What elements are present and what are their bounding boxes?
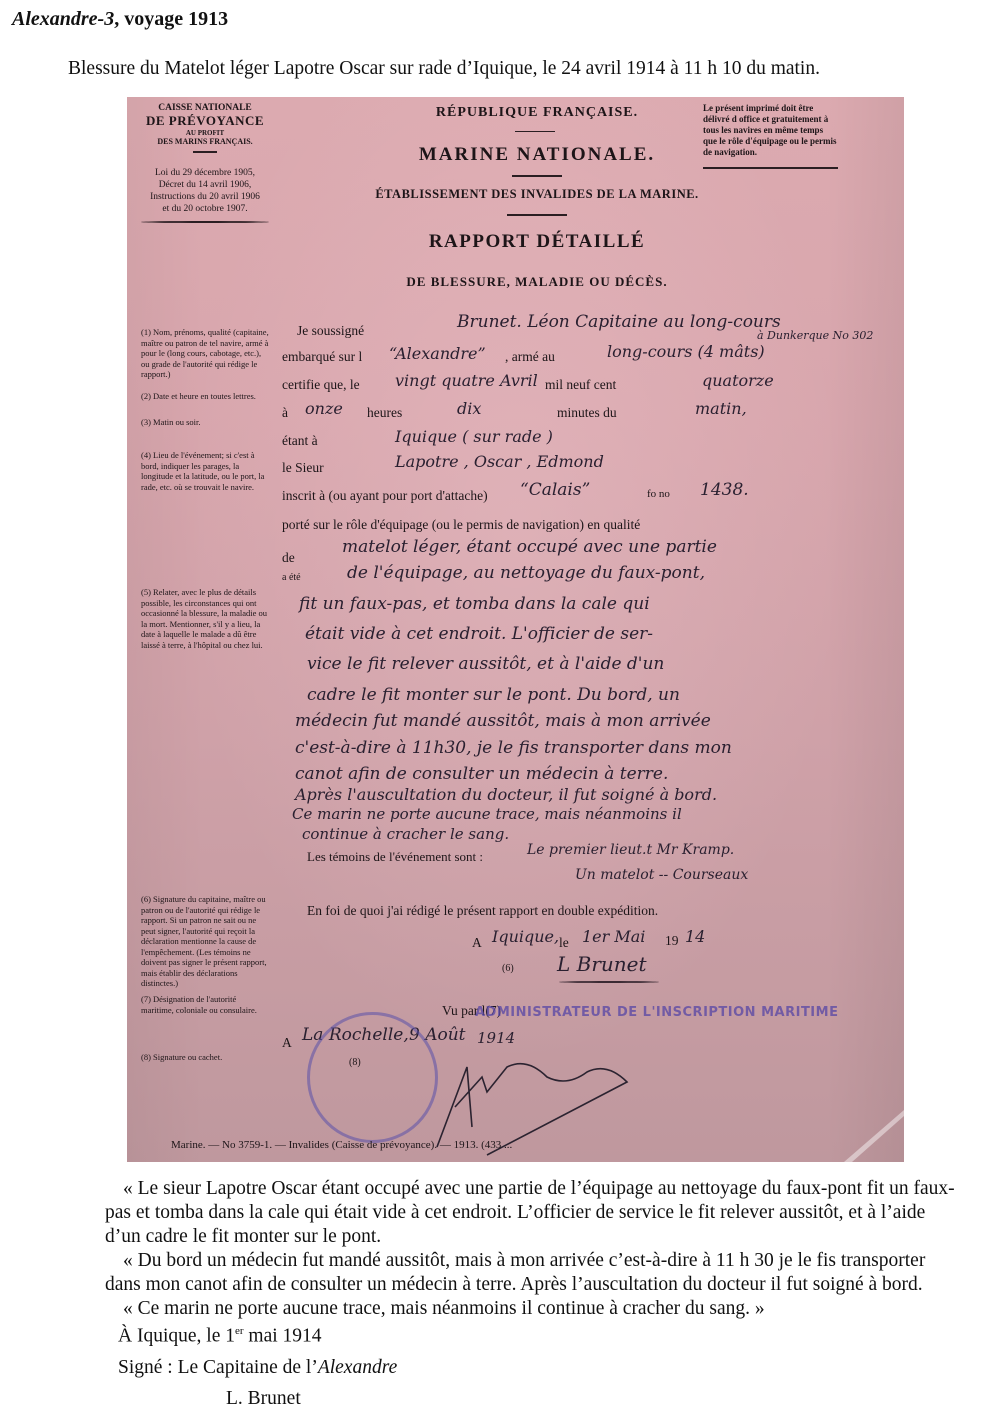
law-references: Loi du 29 décembre 1905, Décret du 14 av… [141,167,269,215]
transcript-paragraph-2: « Du bord un médecin fut mandé aussitôt,… [105,1249,960,1297]
label-arme: , armé au [505,349,555,365]
page-title: Alexandre-3, voyage 1913 [12,8,228,31]
page-subtitle: Blessure du Matelot léger Lapotre Oscar … [68,58,820,80]
label-certifie: certifie que, le [282,377,360,393]
value-hour: onze [305,399,343,418]
narrative-line: était vide à cet endroit. L'officier de … [305,624,653,644]
label-folio: fo no [647,488,670,500]
label-de: de [282,550,295,566]
value-date-signed: 1er Mai [582,927,645,946]
value-place-signed: Iquique, [492,927,559,946]
value-soussigne-extra: à Dunkerque No 302 [757,329,873,342]
value-temoin-2: Un matelot -- Courseaux [575,867,748,883]
narrative-line: de l'équipage, au nettoyage du faux-pont… [347,563,705,583]
transcript-paragraph-1: « Le sieur Lapotre Oscar étant occupé av… [105,1177,960,1249]
value-minutes: dix [457,399,481,418]
value-place: Iquique ( sur rade ) [395,427,553,446]
value-soussigne: Brunet. Léon Capitaine au long-cours [457,312,781,332]
value-temoin-1: Le premier lieut.t Mr Kramp. [527,842,734,858]
transcript-signed: Signé : Le Capitaine de l’Alexandre [118,1357,397,1379]
narrative-line: fit un faux-pas, et tomba dans la cale q… [299,594,650,614]
value-year: quatorze [702,371,774,390]
label-a: à [282,405,288,421]
narrative-line: canot afin de consulter un médecin à ter… [295,764,668,784]
value-date: vingt quatre Avril [395,371,538,390]
narrative-line: cadre le fit monter sur le pont. Du bord… [307,685,680,705]
value-arme: long-cours (4 mâts) [607,342,765,361]
label-aete: a été [282,572,301,583]
transcript-paragraph-3: « Ce marin ne porte aucune trace, mais n… [105,1297,960,1321]
margin-note-2: (2) Date et heure en toutes lettres. [141,391,269,402]
label-porte: porté sur le rôle d'équipage (ou le perm… [282,517,640,533]
label-etant: étant à [282,433,318,449]
label-mil: mil neuf cent [545,377,616,393]
caisse-block: CAISSE NATIONALE DE PRÉVOYANCE AU PROFIT… [141,103,269,223]
label-soussigne: Je soussigné [297,323,364,339]
heading-etablissement: ÉTABLISSEMENT DES INVALIDES DE LA MARINE… [297,187,777,202]
plastic-sleeve-glare [844,1102,904,1162]
document-photo: CAISSE NATIONALE DE PRÉVOYANCE AU PROFIT… [127,97,904,1162]
label-embarque: embarqué sur l [282,349,362,365]
margin-note-7: (7) Désignation de l'autorité maritime, … [141,994,269,1015]
value-port: “Calais” [520,480,590,500]
margin-note-4: (4) Lieu de l'événement; si c'est à bord… [141,450,269,492]
narrative-line: vice le fit relever aussitôt, et à l'aid… [307,654,664,674]
label-heures: heures [367,405,402,421]
heading-sub: DE BLESSURE, MALADIE OU DÉCÈS. [297,274,777,290]
value-ship: “Alexandre” [389,344,486,363]
form-footer: Marine. — No 3759-1. — Invalides (Caisse… [171,1139,512,1151]
narrative-line: c'est-à-dire à 11h30, je le fis transpor… [295,738,732,758]
label-minutes: minutes du [557,405,617,421]
narrative-line: continue à cracher le sang. [302,825,509,843]
label-inscrit: inscrit à (ou ayant pour port d'attache) [282,488,488,504]
margin-note-8: (8) Signature ou cachet. [141,1052,269,1063]
narrative-line: Ce marin ne porte aucune trace, mais néa… [292,805,682,823]
narrative-line: Après l'auscultation du docteur, il fut … [295,785,717,804]
narrative-line: médecin fut mandé aussitôt, mais à mon a… [295,711,711,731]
transcript-name: L. Brunet [226,1388,301,1410]
label-temoins: Les témoins de l'événement sont : [307,849,483,865]
margin-note-6: (6) Signature du capitaine, maître ou pa… [141,894,269,989]
value-qualite: matelot léger, étant occupé avec une par… [342,537,717,557]
captain-signature: L Brunet [557,952,647,976]
margin-note-3: (3) Matin ou soir. [141,417,269,428]
value-folio: 1438. [700,480,749,500]
margin-note-5: (5) Relater, avec le plus de détails pos… [141,587,269,650]
transcript-place-date: À Iquique, le 1er mai 1914 [118,1325,322,1348]
en-foi-text: En foi de quoi j'ai rédigé le présent ra… [307,903,658,919]
heading-rapport: RAPPORT DÉTAILLÉ [297,231,777,253]
official-seal [307,1012,438,1143]
margin-note-1: (1) Nom, prénoms, qualité (capitaine, ma… [141,327,269,380]
notice-text: Le présent imprimé doit être délivré d o… [703,103,838,158]
label-sieur: le Sieur [282,460,324,476]
value-sieur: Lapotre , Oscar , Edmond [395,452,604,471]
administrator-stamp: ADMINISTRATEUR DE L'INSCRIPTION MARITIME [475,1005,838,1020]
value-matin: matin, [695,399,747,418]
